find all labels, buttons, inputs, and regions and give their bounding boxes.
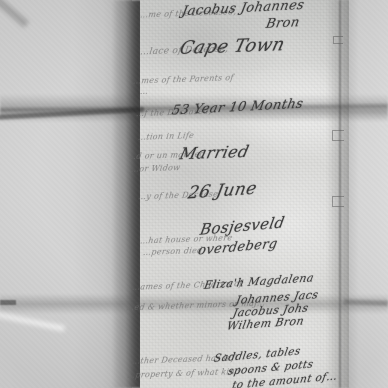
page-right-edge-shade [326,0,350,388]
margin-bracket-lower [332,196,344,207]
entry-day-of-decease: 26 June [186,180,258,202]
entry-marital-status: Married [178,144,251,163]
entry-place-of-decease: Cape Town [178,36,287,58]
margin-tick-mark [333,36,343,44]
photo-backdrop-right [349,0,388,388]
document-photo: …me of the Deceased, Jacobus Johannes Br… [0,0,388,388]
fold-middle-left-dash [0,300,16,305]
margin-bracket-upper [332,130,344,141]
entry-deceased-name-line2: Bron [265,16,301,31]
prompt-parents-names-line2: … [139,88,148,96]
page-margin-rule [339,0,341,388]
